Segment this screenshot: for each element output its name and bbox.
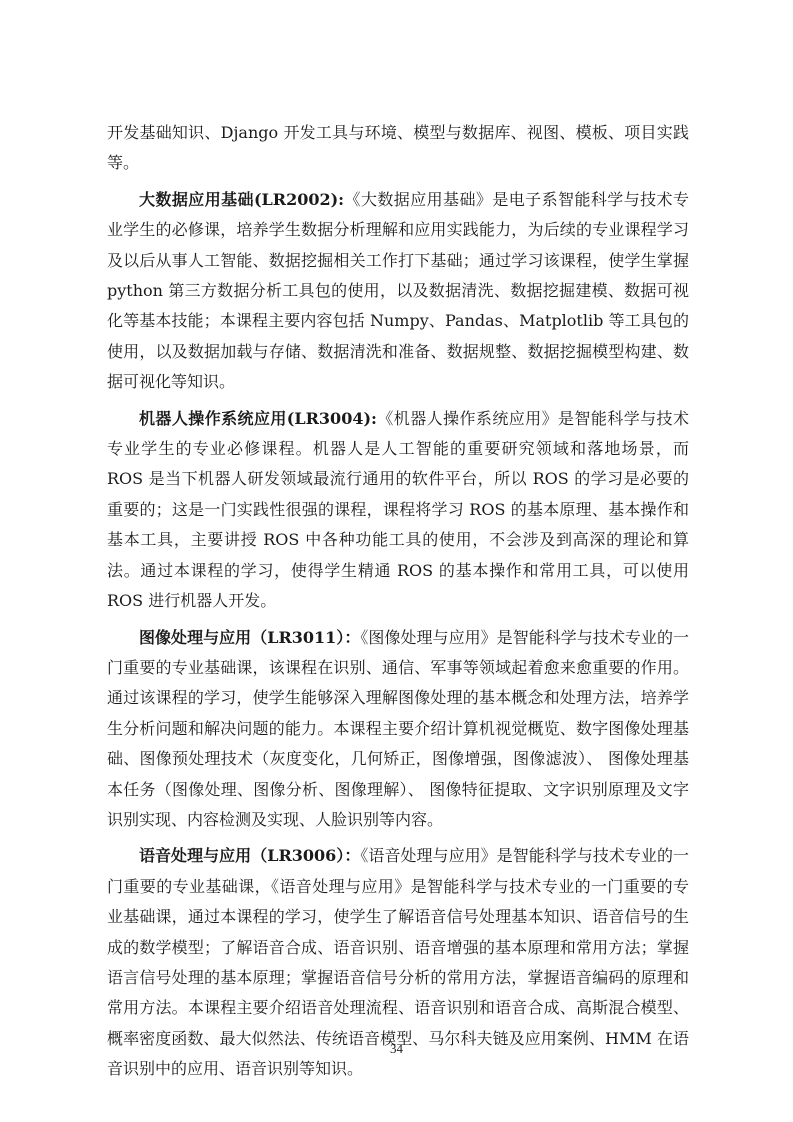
course-paragraph-big-data: 大数据应用基础(LR2002):《大数据应用基础》是电子系智能科学与技术专业学生… [107, 185, 689, 398]
course-description: 《机器人操作系统应用》是智能科学与技术专业学生的专业必修课程。机器人是人工智能的… [107, 409, 689, 610]
course-description: 《大数据应用基础》是电子系智能科学与技术专业学生的必修课，培养学生数据分析理解和… [107, 190, 689, 391]
course-paragraph-image-processing: 图像处理与应用（LR3011）：《图像处理与应用》是智能科学与技术专业的一门重要… [107, 623, 689, 836]
course-description: 《图像处理与应用》是智能科学与技术专业的一门重要的专业基础课，该课程在识别、通信… [107, 628, 689, 829]
course-paragraph-ros: 机器人操作系统应用(LR3004):《机器人操作系统应用》是智能科学与技术专业学… [107, 404, 689, 617]
course-title: 图像处理与应用（LR3011）： [139, 628, 360, 647]
document-body: 开发基础知识、Django 开发工具与环境、模型与数据库、视图、模板、项目实践等… [107, 118, 689, 1091]
course-title: 机器人操作系统应用(LR3004): [139, 409, 377, 428]
course-title: 大数据应用基础(LR2002): [139, 190, 344, 209]
page-number: 34 [0, 1041, 793, 1057]
continuation-paragraph: 开发基础知识、Django 开发工具与环境、模型与数据库、视图、模板、项目实践等… [107, 118, 689, 179]
course-title: 语音处理与应用（LR3006）： [139, 846, 360, 865]
